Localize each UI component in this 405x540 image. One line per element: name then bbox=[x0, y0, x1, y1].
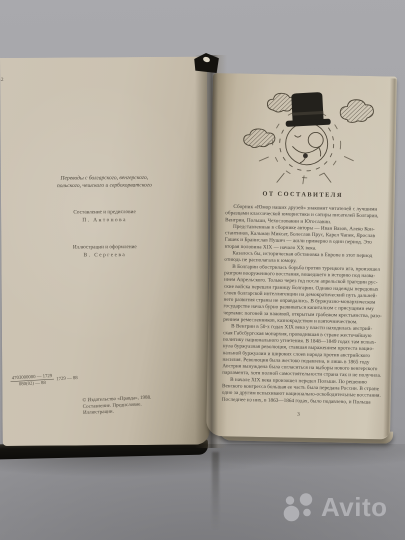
book-photo: 4 4 О 42 Переводы с болгарского, венгерс… bbox=[0, 0, 405, 540]
illustrator-credit: Иллюстрации и оформление В. Сергеева bbox=[1, 243, 208, 260]
catalog-code-line: О 42 bbox=[0, 76, 52, 83]
print-code: 4703000000 — 1729 080(02) — 88 1729 — 88 bbox=[10, 369, 130, 388]
compiler-credit: Составление и предисловие П. Антонова bbox=[1, 208, 208, 225]
print-code-fraction: 4703000000 — 1729 080(02) — 88 bbox=[10, 373, 54, 387]
avito-watermark: Avito bbox=[282, 491, 388, 523]
translations-line: польского, чешского и сербохорватского bbox=[1, 181, 208, 190]
translations-note: Переводы с болгарского, венгерского, пол… bbox=[1, 174, 208, 190]
preface-body-text: Сборник «Юмор наших друзей» знакомит чит… bbox=[222, 203, 396, 406]
left-page: 4 4 О 42 Переводы с болгарского, венгерс… bbox=[0, 57, 210, 446]
sun-top-hat-illustration-icon bbox=[234, 82, 388, 189]
compiler-name: П. Антонова bbox=[1, 216, 208, 225]
watermark-text: Avito bbox=[321, 492, 388, 523]
spine-seam-shadow bbox=[212, 452, 219, 530]
section-heading: ОТ СОСТАВИТЕЛЯ bbox=[211, 189, 395, 200]
illustrator-name: В. Сергеева bbox=[1, 251, 208, 260]
page-number: 3 bbox=[206, 410, 390, 419]
catalog-codes: 4 4 О 42 bbox=[0, 70, 52, 83]
avito-logo-icon bbox=[282, 491, 316, 523]
right-page: ОТ СОСТАВИТЕЛЯ Сборник «Юмор наших друзе… bbox=[206, 73, 397, 439]
print-code-denominator: 080(02) — 88 bbox=[11, 379, 55, 387]
copyright-note: © Издательство «Правда», 1988. Составлен… bbox=[82, 392, 218, 416]
print-code-result: 1729 — 88 bbox=[56, 375, 78, 381]
